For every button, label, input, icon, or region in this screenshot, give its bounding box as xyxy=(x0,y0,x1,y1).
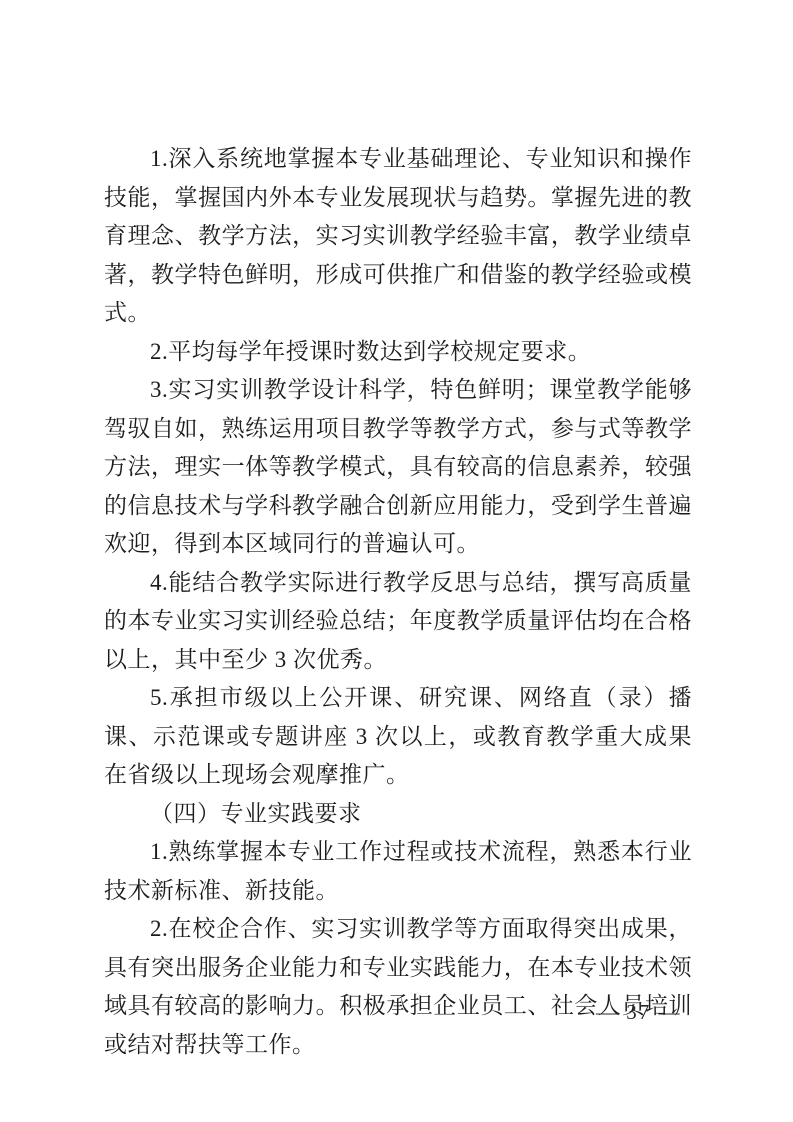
page-number: — 37 — xyxy=(596,998,682,1026)
body-paragraph: 3.实习实训教学设计科学，特色鲜明；课堂教学能够驾驭自如，熟练运用项目教学等教学… xyxy=(104,371,692,564)
document-body: 1.深入系统地掌握本专业基础理论、专业知识和操作技能，掌握国内外本专业发展现状与… xyxy=(104,140,692,1064)
section-heading: （四）专业实践要求 xyxy=(104,795,692,834)
body-paragraph: 4.能结合教学实际进行教学反思与总结，撰写高质量的本专业实习实训经验总结；年度教… xyxy=(104,564,692,680)
document-page: 1.深入系统地掌握本专业基础理论、专业知识和操作技能，掌握国内外本专业发展现状与… xyxy=(0,0,793,1122)
body-paragraph: 1.熟练掌握本专业工作过程或技术流程，熟悉本行业技术新标准、新技能。 xyxy=(104,833,692,910)
body-paragraph: 5.承担市级以上公开课、研究课、网络直（录）播课、示范课或专题讲座 3 次以上，… xyxy=(104,679,692,795)
body-paragraph: 2.在校企合作、实习实训教学等方面取得突出成果，具有突出服务企业能力和专业实践能… xyxy=(104,910,692,1064)
body-paragraph: 2.平均每学年授课时数达到学校规定要求。 xyxy=(104,333,692,372)
body-paragraph: 1.深入系统地掌握本专业基础理论、专业知识和操作技能，掌握国内外本专业发展现状与… xyxy=(104,140,692,333)
